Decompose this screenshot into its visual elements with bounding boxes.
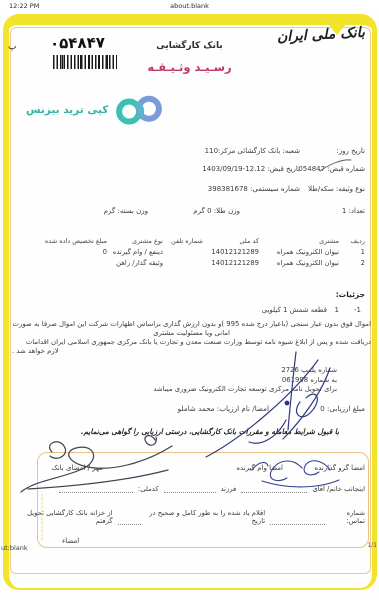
pledger-signature-label: امضا گرو گذارنده [314, 464, 365, 472]
seal-note: برای تحویل نامه مرکزی توسعه تجارت الکترو… [153, 385, 337, 395]
browser-status-bar: 12:22 PM about:blank [0, 0, 379, 13]
watermark-logo: کپی ترید بیزنس [26, 90, 167, 130]
from-treasury-label: از خزانه بانک کارگشایی تحویل گرفتم [18, 509, 113, 525]
url-bar[interactable]: about:blank [0, 2, 379, 10]
table-row-cell: 2 [339, 259, 365, 267]
watermark-text: کپی ترید بیزنس [26, 104, 108, 116]
page-indicator: 1/1 [367, 542, 377, 549]
field-gold-weight: وزن طلا: 0 گرم [193, 207, 240, 215]
table-row-cell: 14012121289 [203, 248, 259, 256]
field-count: تعداد: 1 [342, 207, 365, 215]
seal-number: شماره پلمپ 2726 [153, 366, 337, 376]
details-qty: 1 [335, 306, 339, 314]
phone-blank-field[interactable] [270, 517, 324, 525]
father-blank-field[interactable] [164, 485, 216, 493]
name-blank-field[interactable] [241, 485, 307, 493]
father-label: فرزند [221, 485, 237, 493]
phone-label: شماره تماس: [330, 509, 365, 525]
col-header: نوع مشتری [107, 237, 163, 245]
seal-ref-number: به شماره 061998 [153, 376, 337, 386]
signature-label: امضاء [62, 537, 79, 545]
serial-number: ۰۵۴۸۴۷ [50, 34, 105, 53]
seal-info: شماره پلمپ 2726 به شماره 061998 برای تحو… [153, 366, 337, 395]
table-row-cell: وثیقه گذار/ راهن [107, 259, 163, 267]
infinity-logo-icon [113, 90, 167, 130]
identity-line: اینجانب خانم/ آقای فرزند کدملی: [48, 485, 365, 493]
bank-seal-label: مهر / امضای بانک [51, 464, 103, 472]
national-id-blank-field[interactable] [59, 485, 133, 493]
col-header: مشتری [259, 237, 339, 245]
field-receipt-no: شماره قبض: 054847 [298, 165, 365, 173]
margin-mark: پ [8, 42, 16, 52]
disclaimer-paragraph: اموال فوق بدون عیار سنجی (باعیار درج شده… [12, 320, 371, 356]
col-header: مبلغ تخصیص داده شده [33, 237, 107, 245]
table-row-cell: 14012121289 [203, 259, 259, 267]
field-branch: شعبه: بانک کارگشائی مرکز:110 [205, 147, 300, 155]
borrower-signature-label: امضا وام گیرنده [236, 464, 283, 472]
field-system-no: شماره سیستمی: 398381678 [208, 185, 300, 193]
paragraph-line: اموال فوق بدون عیار سنجی (باعیار درج شده… [12, 320, 371, 329]
table-row-cell: نیوان الکترونیک همراه [259, 248, 339, 256]
evaluation-amount: مبلغ ارزیابی: 0 [320, 404, 365, 413]
col-header: ردیف [339, 237, 365, 245]
col-header: کد ملی [203, 237, 259, 245]
person-label: اینجانب خانم/ آقای [312, 485, 365, 493]
table-row-cell: 1 [339, 248, 365, 256]
field-receipt-date: تاریخ قبض: 12.12-1403/09/19 [202, 165, 300, 173]
received-label: اقلام یاد شده را به طور کامل و صحیح در ت… [146, 509, 265, 525]
customers-table: ردیف مشتری کد ملی شماره تلفن نوع مشتری م… [33, 237, 365, 267]
national-id-label: کدملی: [138, 485, 159, 493]
status-url-partial: ut:blank [1, 544, 28, 552]
paragraph-line: دریافت شده و پس از ابلاغ شیوه نامه توسط … [12, 338, 371, 347]
details-desc: قطعه شمش 1 کیلویی [262, 306, 327, 314]
field-pack-weight: وزن بسته: گرم [104, 207, 148, 215]
details-label: جزئیات: [336, 290, 365, 299]
field-date-day: تاریخ روز: [336, 147, 365, 155]
table-row-cell: 0 [33, 248, 107, 256]
field-collateral-type: نوع وثیقه: سکه/طلا [308, 185, 365, 193]
table-row-cell [163, 248, 203, 256]
table-row-cell: ذینفع / وام گیرنده [107, 248, 163, 256]
table-row-cell [163, 259, 203, 267]
details-row-no: -1 [354, 306, 361, 314]
certification-statement: با قبول شرایط معامله و مقررات بانک کارگش… [28, 427, 339, 436]
col-header: شماره تلفن [163, 237, 203, 245]
screenshot-root: { "browser": { "time": "12:22 PM", "url"… [0, 0, 379, 600]
table-row-cell: نیوان الکترونیک همراه [259, 259, 339, 267]
evaluator-name: امضا/ نام ارزیاب: محمد شاملو [178, 404, 269, 413]
table-row-cell [33, 259, 107, 267]
date-blank-field[interactable] [118, 517, 142, 525]
paragraph-line: لازم خواهد شد . [12, 347, 371, 356]
barcode [53, 55, 117, 69]
receipt-confirmation-line: شماره تماس: اقلام یاد شده را به طور کامل… [18, 509, 365, 525]
paragraph-line: امانی ویا مسئولیت مشتری [12, 329, 371, 338]
